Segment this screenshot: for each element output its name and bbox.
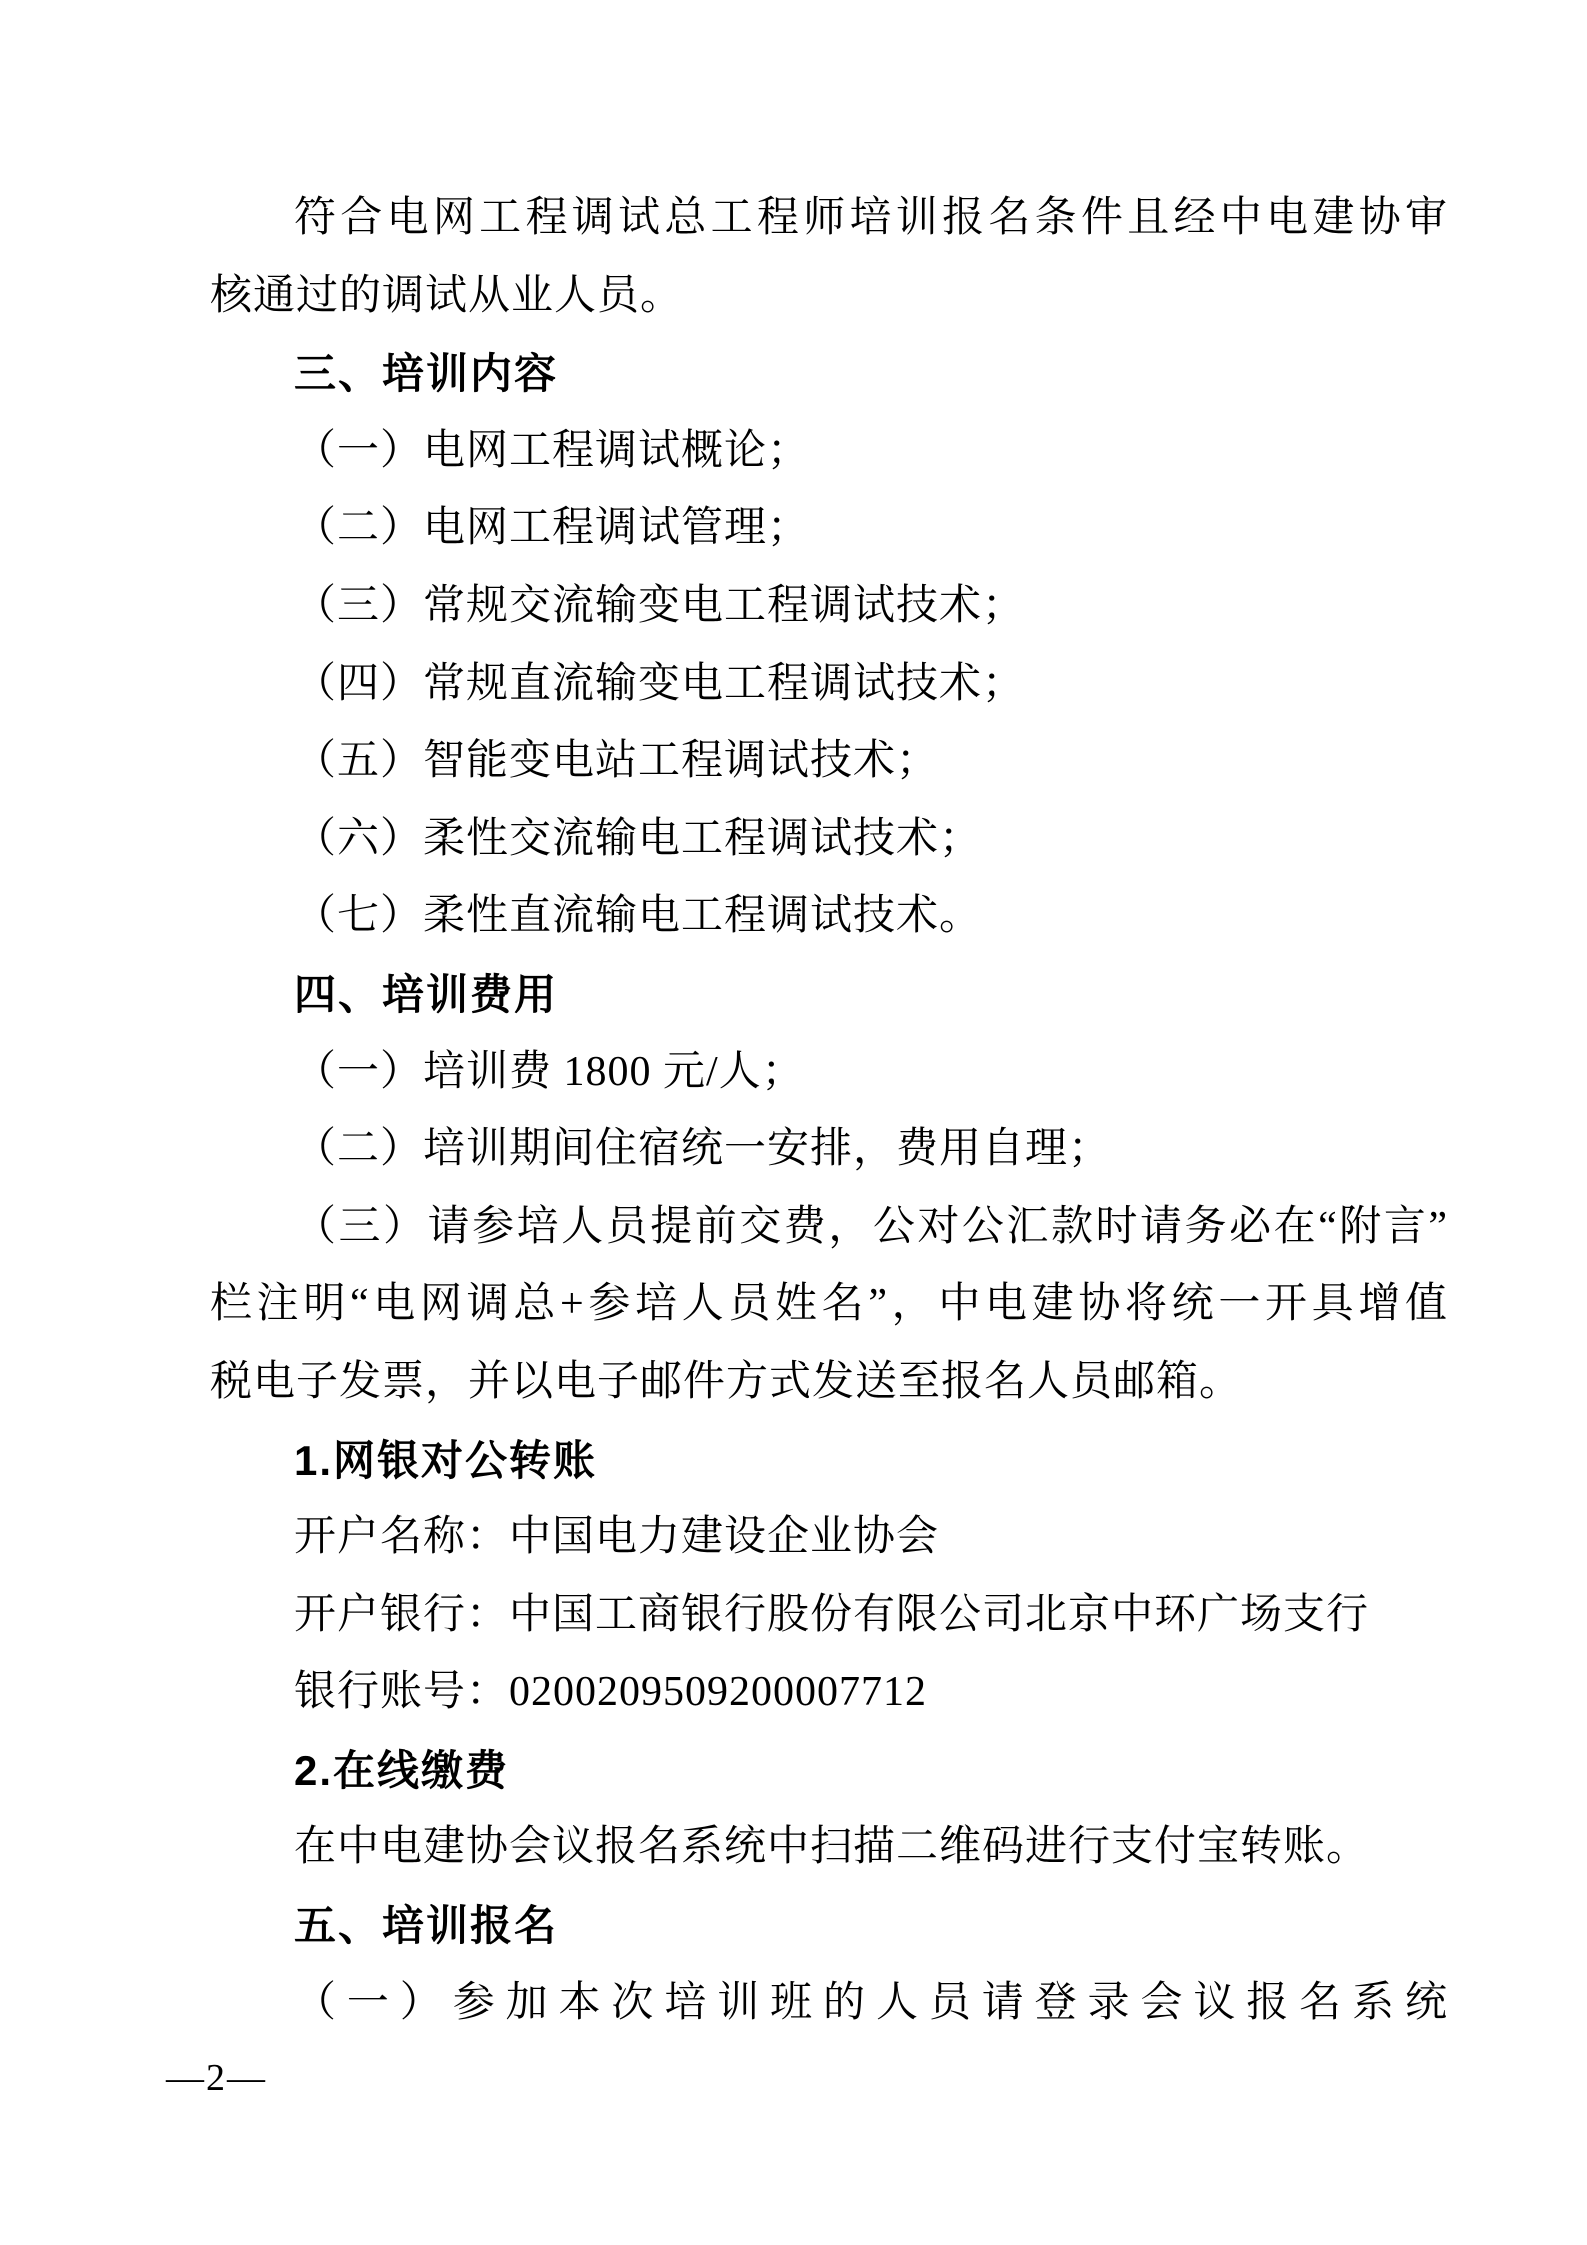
para-eligibility-line1: 符合电网工程调试总工程师培训报名条件且经中电建协审 bbox=[210, 180, 1448, 258]
list-item-fee-1: （一）培训费 1800 元/人； bbox=[210, 1034, 1448, 1112]
list-item-fee-3-line2: 栏注明“电网调总+参培人员姓名”，中电建协将统一开具增值 bbox=[210, 1266, 1448, 1344]
heading-section3-training-content: 三、培训内容 bbox=[210, 335, 1448, 413]
heading-section5-registration: 五、培训报名 bbox=[210, 1887, 1448, 1965]
list-item-content-7: （七）柔性直流输电工程调试技术。 bbox=[210, 878, 1448, 956]
list-item-fee-3-line1: （三）请参培人员提前交费，公对公汇款时请务必在“附言” bbox=[210, 1189, 1448, 1267]
subheading-bank-transfer: 1.网银对公转账 bbox=[210, 1422, 1448, 1500]
line-account-name: 开户名称：中国电力建设企业协会 bbox=[210, 1499, 1448, 1577]
document-page: 符合电网工程调试总工程师培训报名条件且经中电建协审 核通过的调试从业人员。 三、… bbox=[210, 180, 1448, 2042]
list-item-fee-2: （二）培训期间住宿统一安排，费用自理； bbox=[210, 1111, 1448, 1189]
list-item-content-2: （二）电网工程调试管理； bbox=[210, 490, 1448, 568]
heading-section4-training-fee: 四、培训费用 bbox=[210, 956, 1448, 1034]
list-item-fee-3-line3: 税电子发票，并以电子邮件方式发送至报名人员邮箱。 bbox=[210, 1344, 1448, 1422]
page-number: —2— bbox=[166, 2056, 267, 2100]
para-eligibility-line2: 核通过的调试从业人员。 bbox=[210, 258, 1448, 336]
line-account-number: 银行账号：0200209509200007712 bbox=[210, 1654, 1448, 1732]
list-item-registration-1: （一）参加本次培训班的人员请登录会议报名系统 bbox=[210, 1965, 1448, 2043]
list-item-content-3: （三）常规交流输变电工程调试技术； bbox=[210, 568, 1448, 646]
list-item-content-6: （六）柔性交流输电工程调试技术； bbox=[210, 801, 1448, 879]
line-bank-name: 开户银行：中国工商银行股份有限公司北京中环广场支行 bbox=[210, 1577, 1448, 1655]
list-item-content-1: （一）电网工程调试概论； bbox=[210, 413, 1448, 491]
list-item-content-5: （五）智能变电站工程调试技术； bbox=[210, 723, 1448, 801]
line-online-payment-desc: 在中电建协会议报名系统中扫描二维码进行支付宝转账。 bbox=[210, 1809, 1448, 1887]
subheading-online-payment: 2.在线缴费 bbox=[210, 1732, 1448, 1810]
list-item-content-4: （四）常规直流输变电工程调试技术； bbox=[210, 646, 1448, 724]
